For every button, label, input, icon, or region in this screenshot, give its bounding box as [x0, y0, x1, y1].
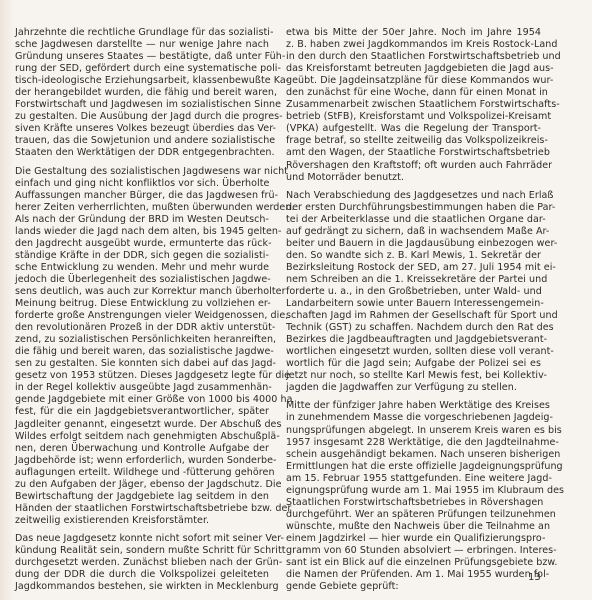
- text-line: einfach und ging nicht konfliktlos vor s…: [15, 178, 269, 190]
- text-line: tisch-ideologische Erziehungsarbeit, kla…: [15, 75, 269, 87]
- text-line: Forstwirtschaft und Jagdwesen im soziali…: [15, 99, 269, 111]
- text-line: frage betraf, so stellte zeitweilig das …: [286, 135, 541, 147]
- text-line: Jagdleiter genannt, eingesetzt wurde. De…: [15, 419, 269, 431]
- paragraph: etwa bis Mitte der 50er Jahre. Noch im J…: [286, 27, 541, 184]
- text-line: Bezirksleitung Rostock der SED, am 27. J…: [286, 262, 541, 274]
- text-line: am 15. Februar 1955 stattgefunden. Eine …: [286, 473, 541, 485]
- text-line: Mitte der fünfziger Jahre haben Werktäti…: [286, 400, 541, 412]
- text-line: in der Regel kollektiv ausgeübte Jagd zu…: [15, 382, 269, 394]
- text-line: schaften Jagd im Rahmen der Gesellschaft…: [286, 310, 541, 322]
- text-line: gende Jagdgebiete mit einer Größe von 10…: [15, 394, 269, 406]
- text-line: in zunehmendem Masse die vorgeschriebene…: [286, 412, 541, 424]
- text-line: Jagdbehörde ist; wenn erforderlich, wurd…: [15, 455, 269, 467]
- text-line: sens deutlich, was auch zur Korrektur ma…: [15, 286, 269, 298]
- page-gutter-shadow: [0, 0, 14, 600]
- text-line: kündung Realität sein, sondern mußte Sch…: [15, 545, 269, 557]
- text-line: dung der DDR die durch die Volkspolizei …: [15, 569, 269, 581]
- text-line: die Namen der Prüfenden. Am 1. Mai 1955 …: [286, 569, 541, 581]
- text-line: jetzt nur noch, so stellte Karl Mewis fe…: [286, 370, 541, 382]
- text-line: sant ist ein Blick auf die einzelnen Prü…: [286, 557, 541, 569]
- text-line: geübt. Die Jagdeinsatzpläne für diese Ko…: [286, 75, 541, 87]
- text-line: trauen, das die Sowjetunion und andere s…: [15, 135, 269, 147]
- paragraph: Jahrzehnte die rechtliche Grundlage für …: [15, 27, 269, 160]
- text-line: beiter und Bauern in die Jagdausübung ei…: [286, 238, 541, 250]
- right-text-column: etwa bis Mitte der 50er Jahre. Noch im J…: [286, 27, 541, 599]
- text-line: einem Jagdzirkel — hier wurde ein Qualif…: [286, 533, 541, 545]
- text-line: die fähig und bereit waren, das sozialis…: [15, 346, 269, 358]
- text-line: durchgeführt. Wer an späteren Prüfungen …: [286, 509, 541, 521]
- text-line: sen zu gestalten. Sie konnten sich dabei…: [15, 358, 269, 370]
- paragraph: Mitte der fünfziger Jahre haben Werktäti…: [286, 400, 541, 593]
- text-line: nungsprüfungen abgelegt. In unserem Krei…: [286, 425, 541, 437]
- text-line: zu gestalten. Die Ausübung der Jagd durc…: [15, 111, 269, 123]
- text-line: Das neue Jagdgesetz konnte nicht sofort …: [15, 533, 269, 545]
- text-line: Bezirkes die Jagdbeauftragten und Jagdge…: [286, 334, 541, 346]
- text-line: z. B. haben zwei Jagdkommandos im Kreis …: [286, 39, 541, 51]
- text-line: eignungsprüfung wurde am 1. Mai 1955 im …: [286, 485, 541, 497]
- paragraph: Nach Verabschiedung des Jagdgesetzes und…: [286, 190, 541, 395]
- text-line: jedoch die Überlegenheit des sozialistis…: [15, 274, 269, 286]
- text-line: gramm von 60 Stunden absolviert — erbrin…: [286, 545, 541, 557]
- text-line: den Jagdrecht ausgeübt wurde, ermunterte…: [15, 238, 269, 250]
- text-line: Jagdkommandos bestehen, sie wirkten in M…: [15, 581, 269, 593]
- text-line: betrieb (StFB), Kreisforstamt und Volksp…: [286, 111, 541, 123]
- text-line: Meinung beitrug. Diese Entwicklung zu vo…: [15, 298, 269, 310]
- text-line: Technik (GST) zu schaffen. Nachdem durch…: [286, 322, 541, 334]
- text-line: Staatlichen Forstwirtschaftsbetriebes in…: [286, 497, 541, 509]
- text-line: Ermittlungen hat die erste offizielle Ja…: [286, 461, 541, 473]
- text-line: Wildes erfolgt seitdem nach genehmigten …: [15, 431, 269, 443]
- text-line: Gründung unseres Staates — bestätigte, d…: [15, 51, 269, 63]
- text-line: den revolutionären Prozeß in der DDR akt…: [15, 322, 269, 334]
- text-line: lands wieder die Jagd nach dem alten, bi…: [15, 226, 269, 238]
- text-line: (VPKA) aufgestellt. Was die Regelung der…: [286, 123, 541, 135]
- text-line: auflagungen erteilt. Wildhege und -fütte…: [15, 467, 269, 479]
- text-line: sche Jagdwesen darstellte — nur wenige J…: [15, 39, 269, 51]
- text-line: gende Gebiete geprüft:: [286, 581, 541, 593]
- text-line: und Motorräder benutzt.: [286, 172, 541, 184]
- text-line: Nach Verabschiedung des Jagdgesetzes und…: [286, 190, 541, 202]
- text-line: Staaten den Werktätigen der DDR entgegen…: [15, 147, 269, 159]
- text-line: das Kreisforstamt betreuten Jagdgebieten…: [286, 63, 541, 75]
- text-line: den. So wandte sich z. B. Karl Mewis, 1.…: [286, 250, 541, 262]
- text-line: schein ausgehändigt bekamen. Nach unsere…: [286, 449, 541, 461]
- text-line: ständige Kräfte in der DDR, sich gegen d…: [15, 250, 269, 262]
- text-line: forderte u. a., in den Großbetrieben, un…: [286, 286, 541, 298]
- text-line: Landarbeitern sowie unter Bauern Interes…: [286, 298, 541, 310]
- text-line: Bewirtschaftung der Jagdgebiete lag seit…: [15, 491, 269, 503]
- text-line: etwa bis Mitte der 50er Jahre. Noch im J…: [286, 27, 541, 39]
- text-line: tei der Arbeiterklasse und die staatlich…: [286, 214, 541, 226]
- text-line: durchgesetzt werden. Zunächst blieben na…: [15, 557, 269, 569]
- left-text-column: Jahrzehnte die rechtliche Grundlage für …: [15, 27, 269, 599]
- text-line: siven Kräfte unseres Volkes bezeugt über…: [15, 123, 269, 135]
- text-line: herer Zeiten verherrlichten, mußten über…: [15, 202, 269, 214]
- text-line: amt den Wagen, der Staatliche Forstwirts…: [286, 147, 541, 159]
- text-line: Händen der staatlichen Forstwirtschaftsb…: [15, 503, 269, 515]
- text-line: Zusammenarbeit zwischen Staatlichem Fors…: [286, 99, 541, 111]
- paragraph: Das neue Jagdgesetz konnte nicht sofort …: [15, 533, 269, 593]
- text-line: der ersten Durchführungsbestimmungen hab…: [286, 202, 541, 214]
- text-line: zeitweilig existierenden Kreisforstämter…: [15, 515, 269, 527]
- text-line: Die Gestaltung des sozialistischen Jagdw…: [15, 166, 269, 178]
- text-line: forderte große Anstrengungen vieler Weid…: [15, 310, 269, 322]
- text-line: nen, deren Überwachung und Kontrolle Auf…: [15, 443, 269, 455]
- text-line: Auffassungen mancher Bürger, die das Jag…: [15, 190, 269, 202]
- text-line: der herangebildet wurden, die fähig und …: [15, 87, 269, 99]
- text-line: zu den Aufgaben der Jäger, ebenso der Ja…: [15, 479, 269, 491]
- text-line: den zunächst für eine Woche, dann für ei…: [286, 87, 541, 99]
- text-line: rung der SED, gefördert durch eine syste…: [15, 63, 269, 75]
- paragraph: Die Gestaltung des sozialistischen Jagdw…: [15, 166, 269, 527]
- text-line: wortlich für die Jagd sein; Aufgabe der …: [286, 358, 541, 370]
- text-line: Als nach der Gründung der BRD im Westen …: [15, 214, 269, 226]
- text-line: Rövershagen den Kraftstoff; oft wurden a…: [286, 160, 541, 172]
- text-line: Jahrzehnte die rechtliche Grundlage für …: [15, 27, 269, 39]
- text-line: zend, zu sozialistischen Persönlichkeite…: [15, 334, 269, 346]
- text-line: fest, für die ein Jagdgebietsverantwortl…: [15, 406, 269, 418]
- text-line: wünschte, mußte den Nachweis über die Te…: [286, 521, 541, 533]
- text-line: 1957 insgesamt 228 Werktätige, die den J…: [286, 437, 541, 449]
- text-line: auf gedrängt zu sichern, daß in wachsend…: [286, 226, 541, 238]
- text-line: gesetz von 1953 stützen. Dieses Jagdgese…: [15, 370, 269, 382]
- page-number: 13: [528, 572, 541, 583]
- text-line: nem Schreiben an die 1. Kreissekretäre d…: [286, 274, 541, 286]
- text-line: wortlichen eingesetzt wurden, sollten di…: [286, 346, 541, 358]
- text-line: in den durch den Staatlichen Forstwirtsc…: [286, 51, 541, 63]
- text-line: jagden die Jagdwaffen zur Verfügung zu s…: [286, 382, 541, 394]
- text-line: sche Entwicklung zu wenden. Mehr und meh…: [15, 262, 269, 274]
